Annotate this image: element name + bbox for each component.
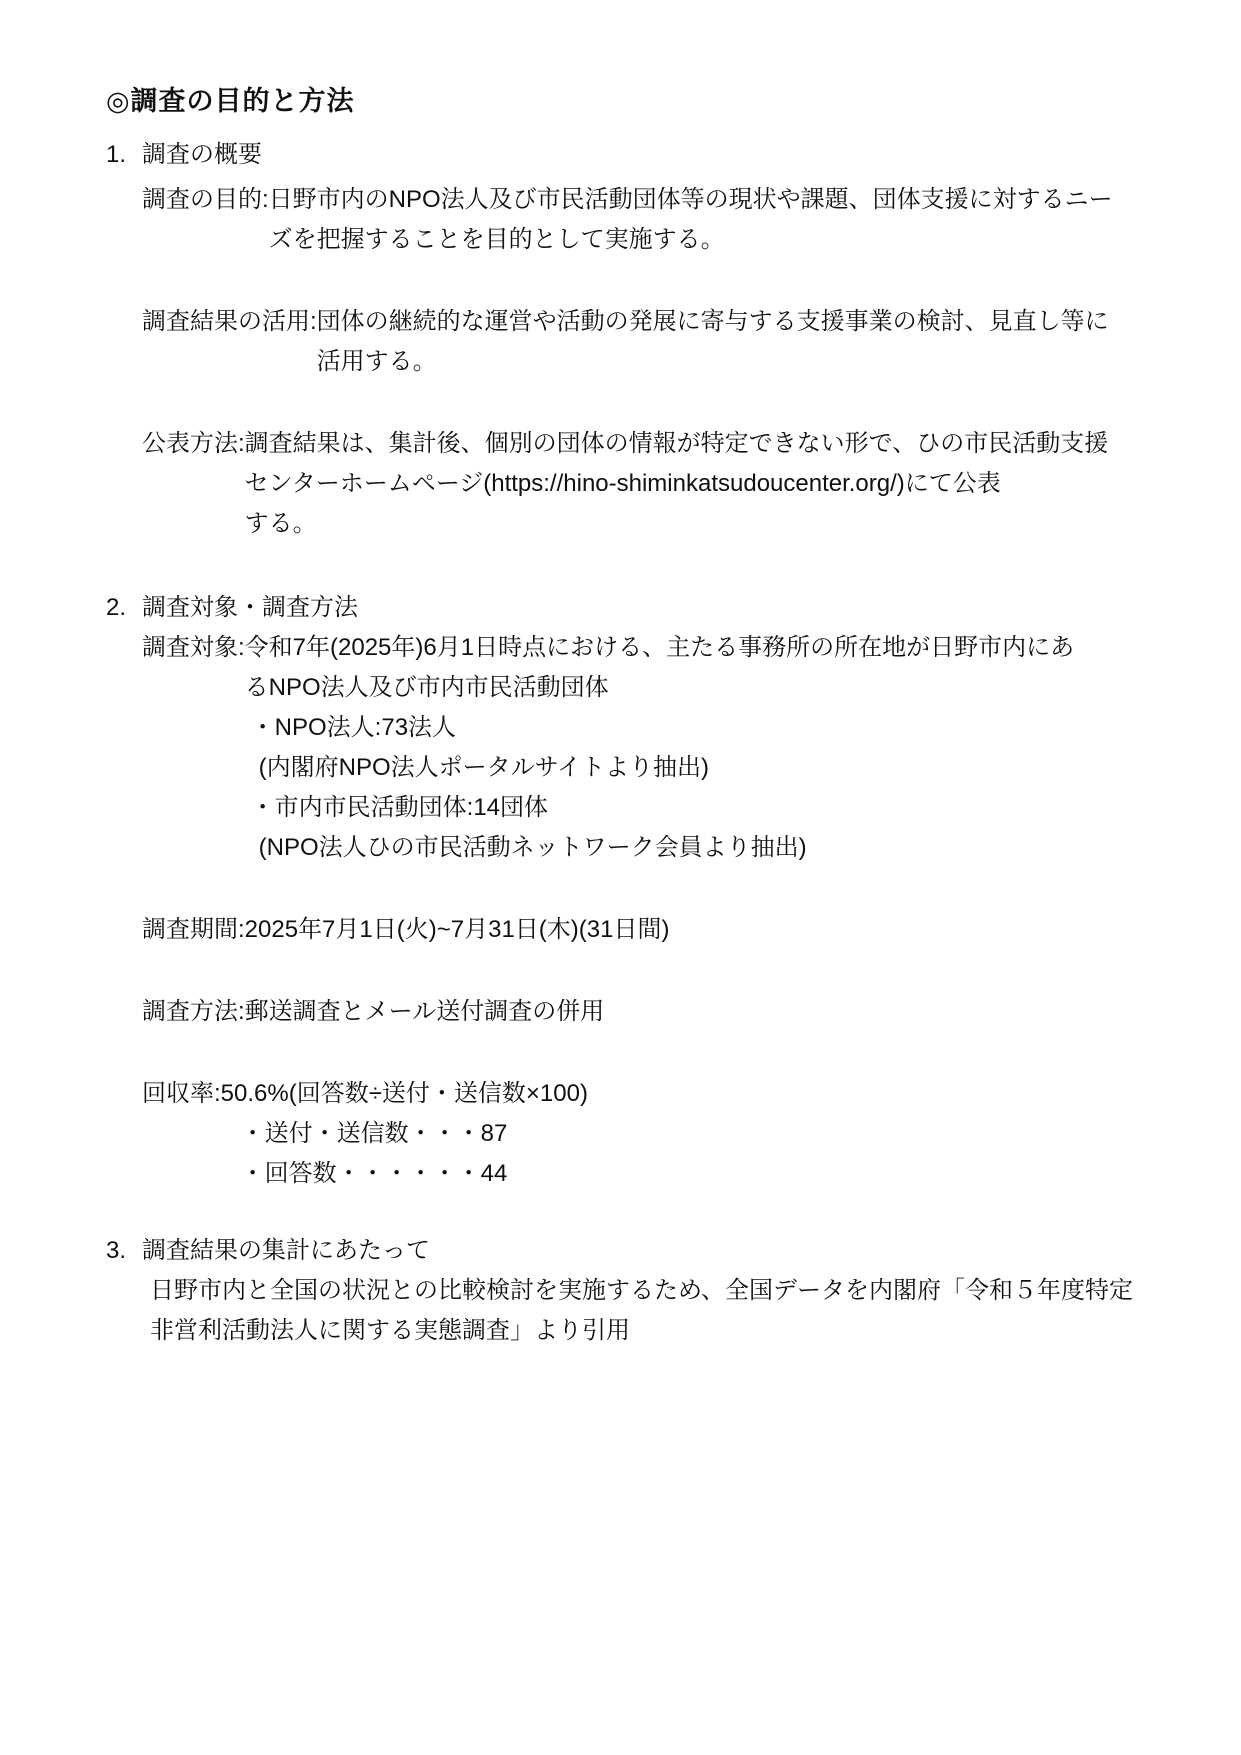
section-2-title: 調査対象・調査方法 xyxy=(142,588,358,628)
text-line: 非営利活動法人に関する実態調査」より引用 xyxy=(150,1311,1201,1351)
text-line: 日野市内のNPO法人及び市民活動団体等の現状や課題、団体支援に対するニー xyxy=(269,180,1113,220)
section-2-heading: 2. 調査対象・調査方法 xyxy=(106,588,1201,628)
item-survey-target-label: 調査対象: xyxy=(142,628,245,868)
item-survey-purpose-label: 調査の目的: xyxy=(142,180,269,260)
bullet-sent-count: ・送付・送信数・・・87 xyxy=(221,1114,588,1154)
document-page: ◎調査の目的と方法 1. 調査の概要 調査の目的: 日野市内のNPO法人及び市民… xyxy=(0,0,1241,1755)
note-npo-source: (内閣府NPO法人ポータルサイトより抽出) xyxy=(245,748,1074,788)
item-results-use: 調査結果の活用: 団体の継続的な運営や活動の発展に寄与する支援事業の検討、見直し… xyxy=(142,302,1201,382)
section-1-title: 調査の概要 xyxy=(142,135,262,175)
section-1-number: 1. xyxy=(106,135,142,175)
text-line: 令和7年(2025年)6月1日時点における、主たる事務所の所在地が日野市内にあ xyxy=(245,628,1074,668)
text-line: 郵送調査とメール送付調査の併用 xyxy=(245,992,605,1032)
item-survey-method-label: 調査方法: xyxy=(142,992,245,1032)
bullet-response-count: ・回答数・・・・・・44 xyxy=(221,1154,588,1194)
document-title: ◎調査の目的と方法 xyxy=(106,84,1201,118)
section-3-body: 日野市内と全国の状況との比較検討を実施するため、全国データを内閣府「令和５年度特… xyxy=(150,1271,1201,1351)
section-3-heading: 3. 調査結果の集計にあたって xyxy=(106,1231,1201,1271)
section-1-heading: 1. 調査の概要 xyxy=(106,135,1201,175)
item-survey-period: 調査期間: 2025年7月1日(火)~7月31日(木)(31日間) xyxy=(142,910,1201,950)
text-line: 活用する。 xyxy=(317,342,1109,382)
item-publication-method-label: 公表方法: xyxy=(142,424,245,544)
item-response-rate-label: 回収率: xyxy=(142,1074,221,1194)
item-response-rate: 回収率: 50.6%(回答数÷送付・送信数×100) ・送付・送信数・・・87 … xyxy=(142,1074,1201,1194)
note-group-source: (NPO法人ひの市民活動ネットワーク会員より抽出) xyxy=(245,828,1074,868)
text-line: 団体の継続的な運営や活動の発展に寄与する支援事業の検討、見直し等に xyxy=(317,302,1109,342)
section-3-title: 調査結果の集計にあたって xyxy=(142,1231,430,1271)
item-results-use-label: 調査結果の活用: xyxy=(142,302,317,382)
text-line: 日野市内と全国の状況との比較検討を実施するため、全国データを内閣府「令和５年度特… xyxy=(150,1271,1201,1311)
item-survey-target: 調査対象: 令和7年(2025年)6月1日時点における、主たる事務所の所在地が日… xyxy=(142,628,1201,868)
item-publication-method: 公表方法: 調査結果は、集計後、個別の団体の情報が特定できない形で、ひの市民活動… xyxy=(142,424,1201,544)
item-survey-purpose: 調査の目的: 日野市内のNPO法人及び市民活動団体等の現状や課題、団体支援に対す… xyxy=(142,180,1201,260)
item-survey-method: 調査方法: 郵送調査とメール送付調査の併用 xyxy=(142,992,1201,1032)
section-3-number: 3. xyxy=(106,1231,142,1271)
bullet-group-count: ・市内市民活動団体:14団体 xyxy=(245,788,1074,828)
text-line: ズを把握することを目的として実施する。 xyxy=(269,220,1113,260)
item-survey-period-label: 調査期間: xyxy=(142,910,245,950)
text-line-with-url: センターホームページ(https://hino-shiminkatsudouce… xyxy=(245,464,1109,504)
text-line: 調査結果は、集計後、個別の団体の情報が特定できない形で、ひの市民活動支援 xyxy=(245,424,1109,464)
text-line: 2025年7月1日(火)~7月31日(木)(31日間) xyxy=(245,910,670,950)
text-line: する。 xyxy=(245,504,1109,544)
text-line: るNPO法人及び市内市民活動団体 xyxy=(245,668,1074,708)
section-2-number: 2. xyxy=(106,588,142,628)
text-line: 50.6%(回答数÷送付・送信数×100) xyxy=(221,1074,588,1114)
bullet-npo-count: ・NPO法人:73法人 xyxy=(245,708,1074,748)
